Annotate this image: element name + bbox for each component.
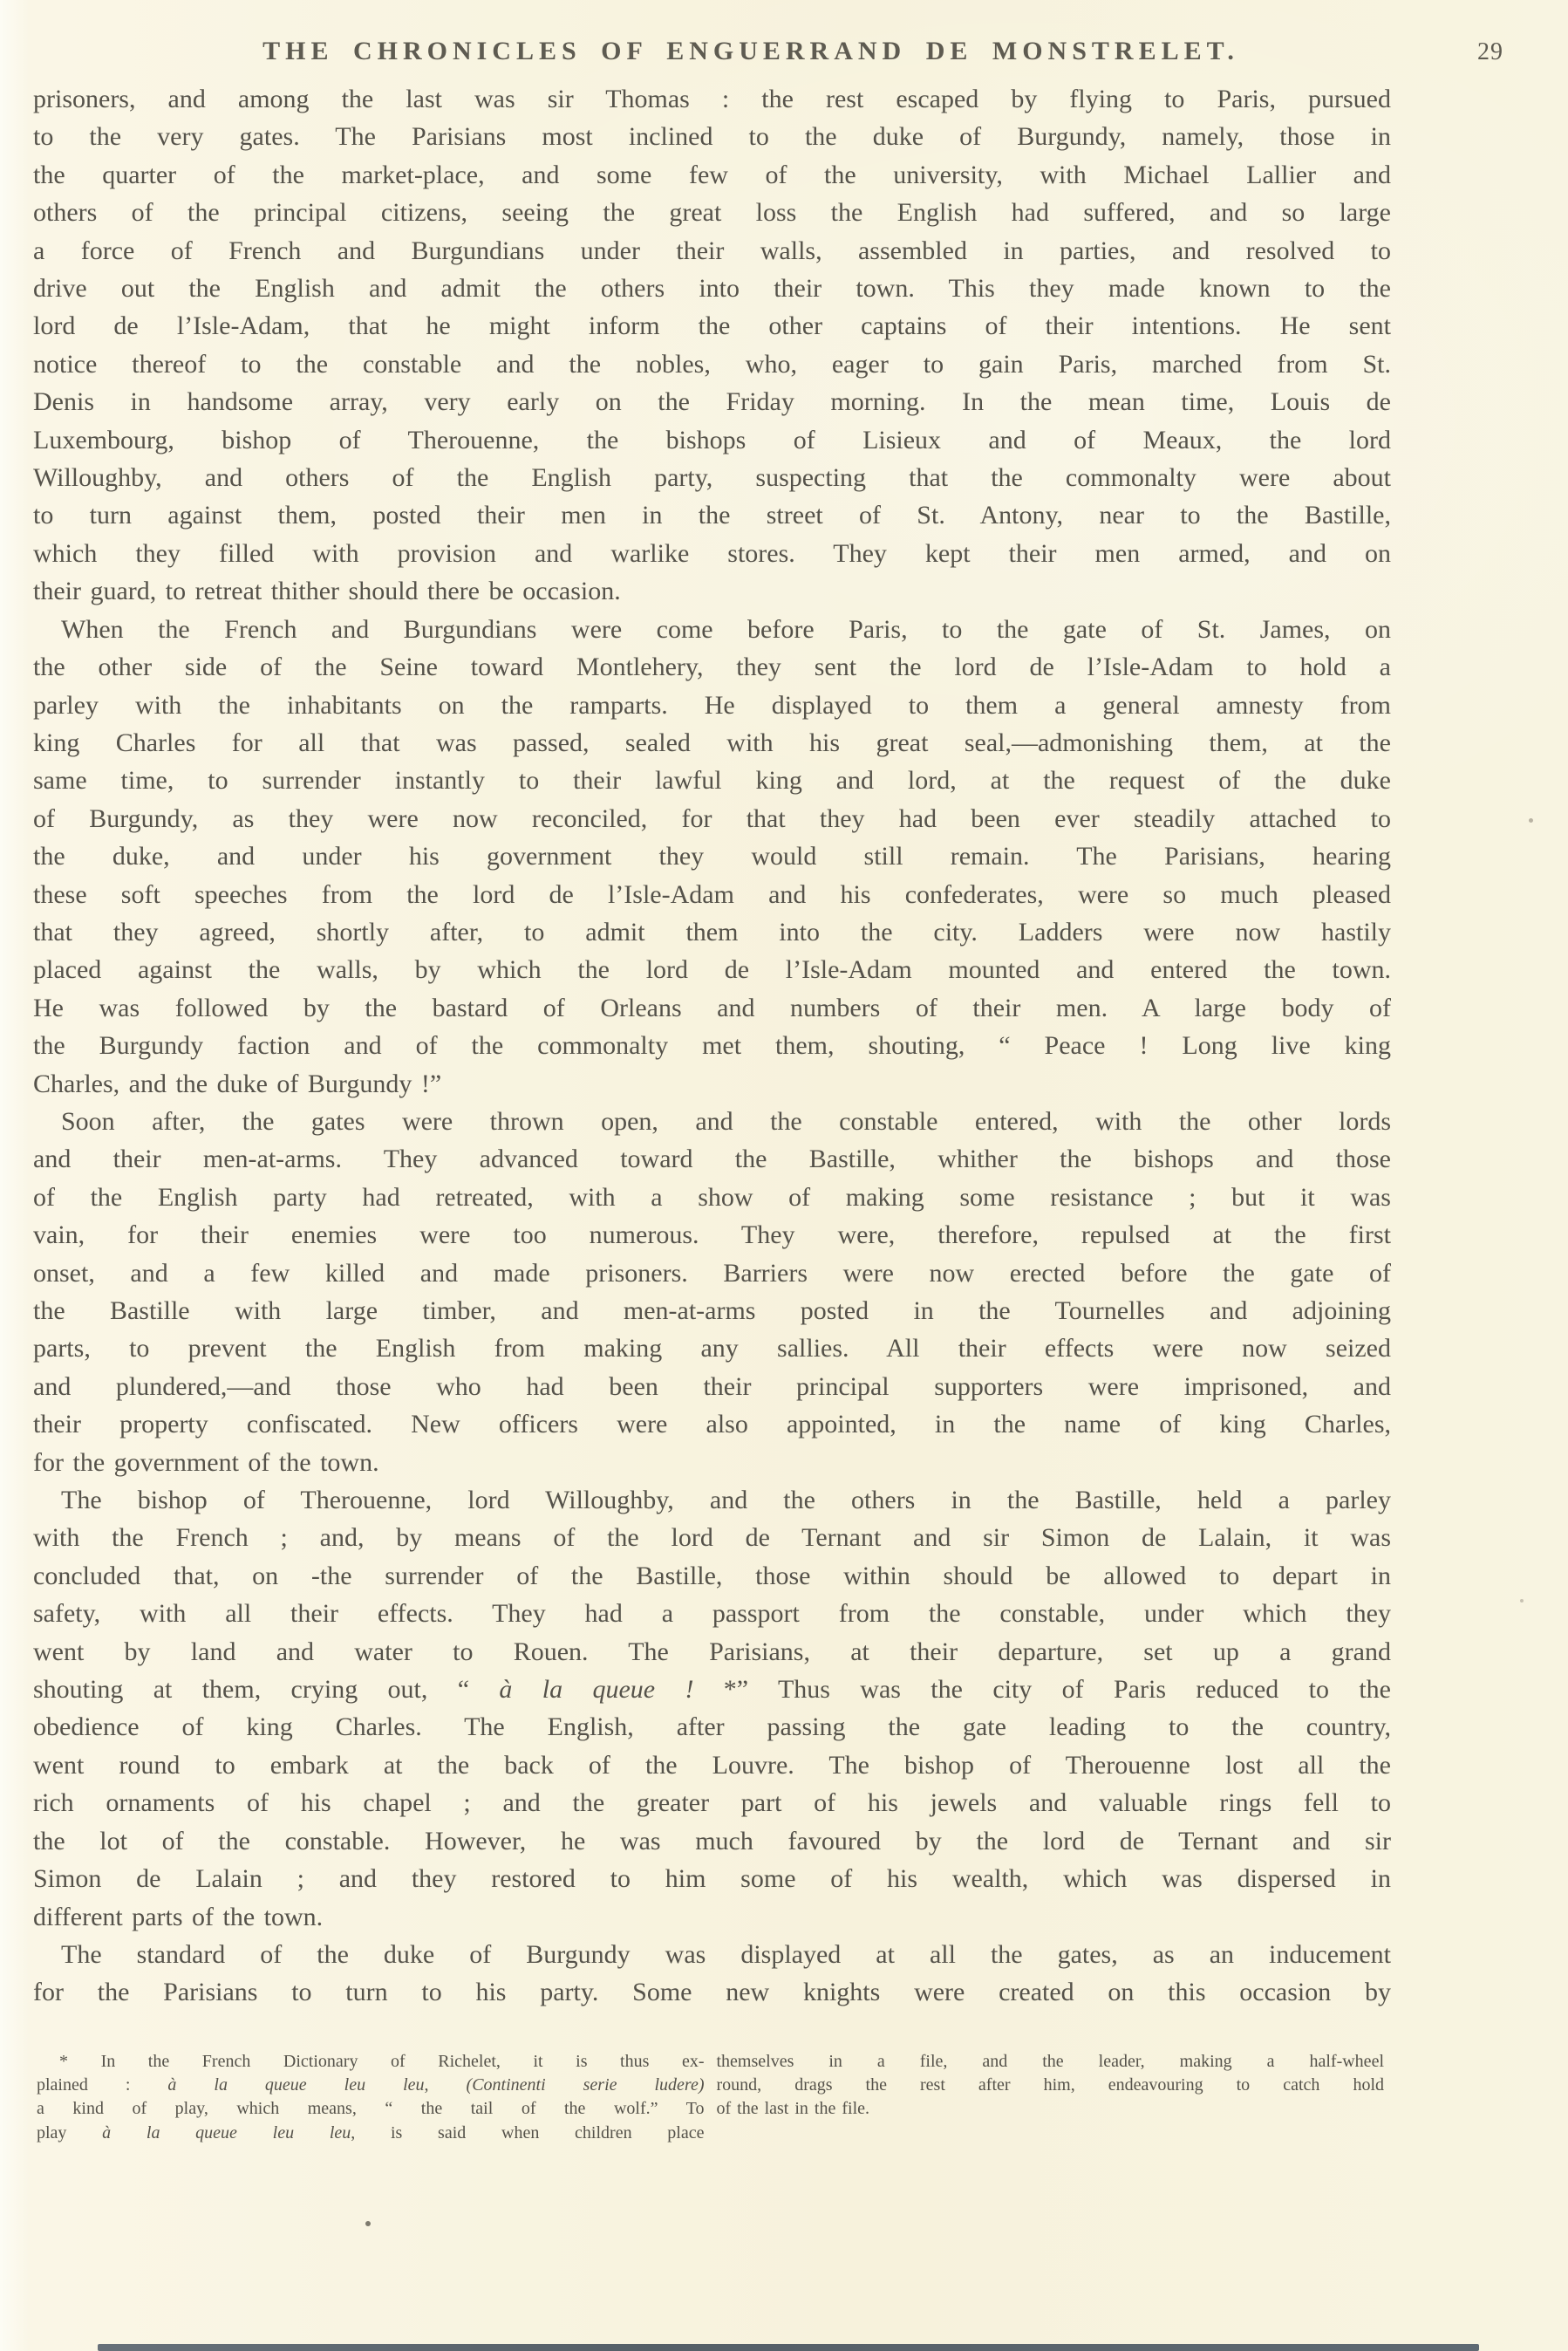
text-line: the lot of the constable. However, he wa… [33, 1822, 1391, 1860]
italic-text-segment: (Continenti serie ludere) [467, 2075, 705, 2095]
scan-edge-band [98, 2344, 1479, 2351]
text-line: rich ornaments of his chapel ; and the g… [33, 1784, 1391, 1821]
text-line: Luxembourg, bishop of Therouenne, the bi… [33, 421, 1391, 459]
paragraph: The standard of the duke of Burgundy was… [33, 1936, 1391, 2012]
text-line: which they filled with provision and war… [33, 535, 1391, 572]
text-line: round, drags the rest after him, endeavo… [717, 2074, 1385, 2097]
text-line: obedience of king Charles. The English, … [33, 1708, 1391, 1746]
paragraph: prisoners, and among the last was sir Th… [33, 80, 1391, 611]
ink-dot-artifact [1529, 818, 1533, 823]
text-line: king Charles for all that was passed, se… [33, 724, 1391, 762]
text-segment: *” Thus was the city of Paris reduced to… [693, 1675, 1391, 1704]
page-header: THE CHRONICLES OF ENGUERRAND DE MONSTREL… [0, 37, 1568, 66]
italic-text-segment: à la queue leu leu [167, 2075, 424, 2095]
text-line: onset, and a few killed and made prisone… [33, 1254, 1391, 1292]
text-line: parts, to prevent the English from makin… [33, 1329, 1391, 1367]
text-line: The standard of the duke of Burgundy was… [33, 1936, 1391, 1973]
text-line: with the French ; and, by means of the l… [33, 1519, 1391, 1556]
text-line: drive out the English and admit the othe… [33, 270, 1391, 307]
text-segment: , [425, 2075, 467, 2095]
text-line: the other side of the Seine toward Montl… [33, 648, 1391, 686]
text-line: He was followed by the bastard of Orlean… [33, 989, 1391, 1027]
running-title: THE CHRONICLES OF ENGUERRAND DE MONSTREL… [262, 37, 1239, 66]
body-text: prisoners, and among the last was sir Th… [33, 80, 1391, 2012]
text-line: parley with the inhabitants on the rampa… [33, 687, 1391, 724]
ink-dot-artifact [365, 2221, 371, 2226]
text-line: went by land and water to Rouen. The Par… [33, 1633, 1391, 1671]
text-line: and their men-at-arms. They advanced tow… [33, 1140, 1391, 1178]
ink-dot-artifact [1520, 1599, 1524, 1603]
text-line: Soon after, the gates were thrown open, … [33, 1103, 1391, 1140]
footnote-right-column: themselves in a file, and the leader, ma… [717, 2050, 1385, 2145]
footnote-left-column: * In the French Dictionary of Richelet, … [37, 2050, 705, 2145]
text-line: prisoners, and among the last was sir Th… [33, 80, 1391, 118]
text-segment: , is said when children place [351, 2123, 704, 2143]
text-line: Willoughby, and others of the English pa… [33, 459, 1391, 496]
italic-text-segment: à la queue ! [499, 1675, 693, 1704]
text-line: same time, to surrender instantly to the… [33, 762, 1391, 799]
text-line: * In the French Dictionary of Richelet, … [37, 2050, 705, 2074]
text-segment: plained : [37, 2075, 167, 2095]
text-line: Denis in handsome array, very early on t… [33, 383, 1391, 420]
text-line: for the government of the town. [33, 1444, 1391, 1481]
text-line: the Bastille with large timber, and men-… [33, 1292, 1391, 1329]
paragraph: Soon after, the gates were thrown open, … [33, 1103, 1391, 1481]
text-line: safety, with all their effects. They had… [33, 1595, 1391, 1632]
text-line: When the French and Burgundians were com… [33, 611, 1391, 648]
page-number: 29 [1477, 38, 1503, 66]
text-line: themselves in a file, and the leader, ma… [717, 2050, 1385, 2074]
text-line: others of the principal citizens, seeing… [33, 194, 1391, 231]
text-line: different parts of the town. [33, 1898, 1391, 1936]
text-line: plained : à la queue leu leu, (Continent… [37, 2074, 705, 2097]
text-line: The bishop of Therouenne, lord Willoughb… [33, 1481, 1391, 1519]
italic-text-segment: à la queue leu leu [102, 2123, 351, 2143]
text-line: play à la queue leu leu, is said when ch… [37, 2122, 705, 2145]
paragraph: The bishop of Therouenne, lord Willoughb… [33, 1481, 1391, 1936]
text-line: went round to embark at the back of the … [33, 1746, 1391, 1784]
text-line: the quarter of the market-place, and som… [33, 156, 1391, 194]
text-line: these soft speeches from the lord de l’I… [33, 876, 1391, 913]
text-line: their property confiscated. New officers… [33, 1405, 1391, 1443]
text-line: that they agreed, shortly after, to admi… [33, 913, 1391, 951]
text-segment: shouting at them, crying out, “ [33, 1675, 499, 1704]
footnote: * In the French Dictionary of Richelet, … [37, 2050, 1384, 2145]
text-line: of Burgundy, as they were now reconciled… [33, 800, 1391, 837]
text-line: placed against the walls, by which the l… [33, 951, 1391, 988]
text-line: notice thereof to the constable and the … [33, 345, 1391, 383]
text-line: their guard, to retreat thither should t… [33, 572, 1391, 610]
text-line: Simon de Lalain ; and they restored to h… [33, 1860, 1391, 1897]
text-line: and plundered,—and those who had been th… [33, 1368, 1391, 1405]
text-line: lord de l’Isle-Adam, that he might infor… [33, 307, 1391, 345]
text-line: the Burgundy faction and of the commonal… [33, 1027, 1391, 1064]
text-segment: play [37, 2123, 102, 2143]
text-line: a force of French and Burgundians under … [33, 232, 1391, 270]
text-line: for the Parisians to turn to his party. … [33, 1973, 1391, 2011]
text-line: shouting at them, crying out, “ à la que… [33, 1671, 1391, 1708]
text-line: a kind of play, which means, “ the tail … [37, 2097, 705, 2121]
text-line: of the English party had retreated, with… [33, 1179, 1391, 1216]
text-line: to the very gates. The Parisians most in… [33, 118, 1391, 155]
text-line: the duke, and under his government they … [33, 837, 1391, 875]
text-line: Charles, and the duke of Burgundy !” [33, 1065, 1391, 1103]
text-line: to turn against them, posted their men i… [33, 496, 1391, 534]
text-line: vain, for their enemies were too numerou… [33, 1216, 1391, 1254]
paragraph: When the French and Burgundians were com… [33, 611, 1391, 1103]
scanned-book-page: THE CHRONICLES OF ENGUERRAND DE MONSTREL… [0, 0, 1568, 2351]
text-line: concluded that, on -the surrender of the… [33, 1557, 1391, 1595]
text-line: of the last in the file. [717, 2097, 1385, 2121]
